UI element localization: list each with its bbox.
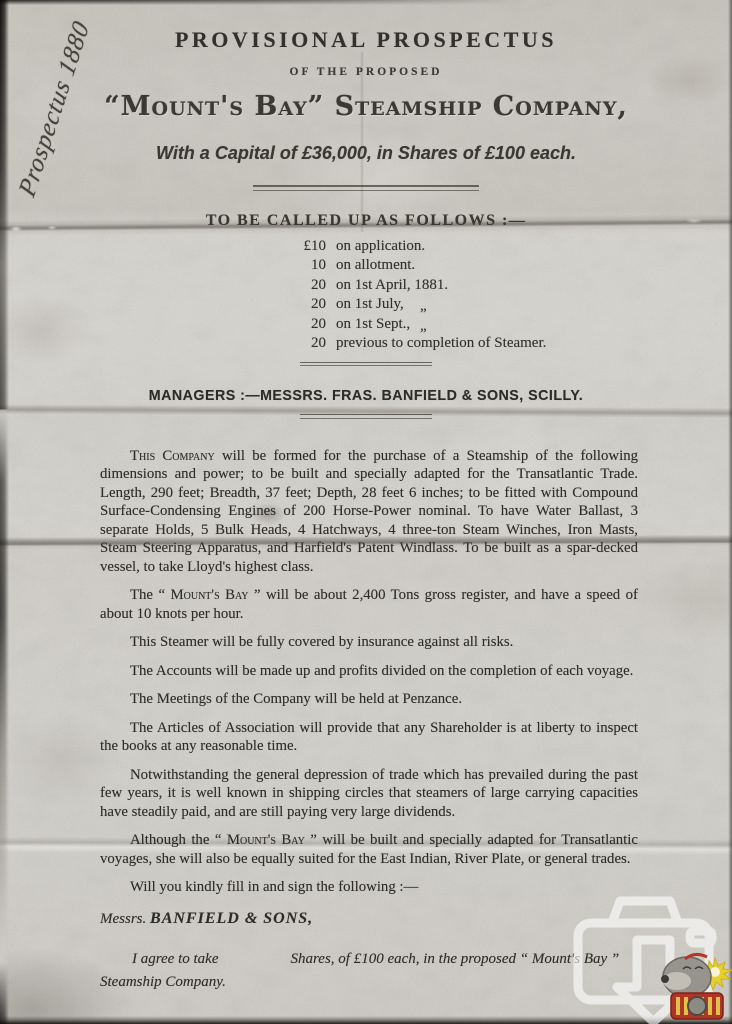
- closing-line: Steamship Company.: [100, 974, 638, 991]
- paragraph-company: This Company will be formed for the purc…: [100, 447, 638, 577]
- managers-line: MANAGERS :—MESSRS. FRAS. BANFIELD & SONS…: [18, 386, 713, 406]
- call-up-row: 20 on 1st April, 1881.: [292, 276, 732, 296]
- company-title: “Mount's Bay” Steamship Company,: [0, 92, 732, 122]
- call-up-heading: TO BE CALLED UP AS FOLLOWS :—: [0, 211, 732, 230]
- call-text: on 1st April, 1881.: [336, 276, 448, 296]
- call-amount: 20: [292, 295, 326, 315]
- call-text: on 1st July,: [336, 295, 404, 315]
- paragraph-text: will be formed for the purchase of a Ste…: [100, 448, 638, 575]
- capital-line: With a Capital of £36,000, in Shares of …: [0, 142, 732, 164]
- of-the-proposed-line: OF THE PROPOSED: [0, 65, 732, 79]
- paragraph-accounts: The Accounts will be made up and profits…: [100, 662, 638, 681]
- paragraph-lead: This Company: [130, 448, 215, 464]
- paragraph-trade: Notwithstanding the general depression o…: [100, 766, 638, 822]
- divider-rule: [300, 414, 432, 419]
- ship-name: Mount's Bay: [227, 832, 305, 848]
- call-amount: 10: [292, 256, 326, 276]
- paragraph-articles: The Articles of Association will provide…: [100, 719, 638, 756]
- call-up-row: 10 on allotment.: [292, 256, 732, 276]
- call-up-list: £10 on application. 10 on allotment. 20 …: [292, 237, 732, 354]
- call-amount: 20: [292, 315, 326, 335]
- paragraph-text: The “: [130, 587, 170, 603]
- call-text: previous to completion of Steamer.: [336, 334, 546, 354]
- agreement-shares: Shares, of £100 each, in the proposed “ …: [291, 951, 620, 968]
- call-up-row: 20 on 1st Sept., „: [292, 315, 732, 335]
- paragraph-routes: Although the “ Mount's Bay ” will be bui…: [100, 831, 638, 868]
- call-amount: 20: [292, 276, 326, 296]
- signature-block: Messrs. BANFIELD & SONS, I agree to take…: [0, 910, 732, 991]
- paragraph-sign-request: Will you kindly fill in and sign the fol…: [100, 878, 638, 897]
- paragraph-tonnage: The “ Mount's Bay ” will be about 2,400 …: [100, 586, 638, 623]
- agreement-line: I agree to take Shares, of £100 each, in…: [100, 951, 638, 968]
- addressee-line: Messrs. BANFIELD & SONS,: [100, 910, 638, 928]
- addressee-firm: BANFIELD & SONS,: [150, 910, 313, 927]
- call-amount: £10: [292, 237, 326, 257]
- call-up-row: 20 previous to completion of Steamer.: [292, 334, 732, 354]
- call-up-row: 20 on 1st July, „: [292, 295, 732, 315]
- agreement-lead: I agree to take: [132, 951, 219, 968]
- paragraph-text: Although the “: [130, 832, 227, 848]
- paragraph-insurance: This Steamer will be fully covered by in…: [100, 633, 638, 652]
- call-text: on allotment.: [336, 256, 415, 276]
- body-text: This Company will be formed for the purc…: [0, 447, 732, 897]
- document-kicker: PROVISIONAL PROSPECTUS: [0, 27, 732, 53]
- document-content: Prospectus 1880 PROVISIONAL PROSPECTUS O…: [0, 0, 732, 1024]
- ship-name: Mount's Bay: [170, 587, 248, 603]
- divider-rule: [253, 185, 479, 191]
- divider-rule: [300, 362, 432, 367]
- call-up-row: £10 on application.: [292, 237, 732, 257]
- call-text: on application.: [336, 237, 425, 257]
- call-text: on 1st Sept.,: [336, 315, 410, 335]
- addressee-prefix: Messrs.: [100, 911, 150, 927]
- prospectus-document: Prospectus 1880 PROVISIONAL PROSPECTUS O…: [0, 0, 732, 1024]
- call-amount: 20: [292, 334, 326, 354]
- paragraph-meetings: The Meetings of the Company will be held…: [100, 690, 638, 709]
